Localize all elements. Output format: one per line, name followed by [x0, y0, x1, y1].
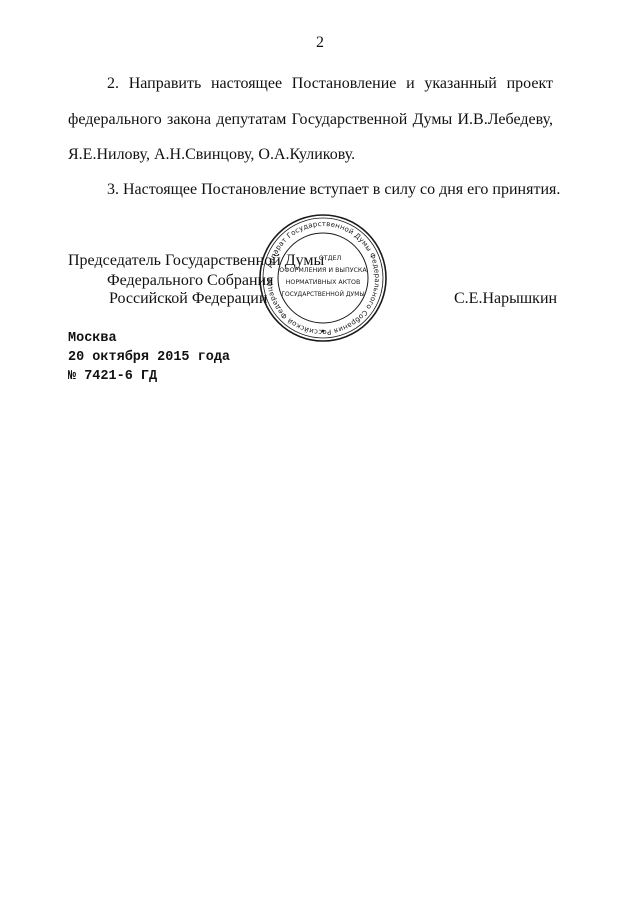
stamp-center-line-2: ОФОРМЛЕНИЯ И ВЫПУСКА	[279, 267, 367, 274]
document-number: № 7421-6 ГД	[68, 368, 157, 386]
signatory-name: С.Е.Нарышкин	[454, 289, 557, 309]
svg-text:Аппарат Государственной Думы Ф: Аппарат Государственной Думы Федеральног…	[265, 220, 381, 336]
document-city: Москва	[68, 330, 117, 348]
paragraph-2-line-3: Я.Е.Нилову, А.Н.Свинцову, О.А.Куликову.	[68, 145, 553, 165]
paragraph-3-line-1: 3. Настоящее Постановление вступает в си…	[107, 180, 553, 200]
stamp-center-line-3: НОРМАТИВНЫХ АКТОВ	[286, 279, 361, 286]
official-stamp: Аппарат Государственной Думы Федеральног…	[258, 213, 388, 343]
stamp-seal-icon: Аппарат Государственной Думы Федеральног…	[258, 213, 388, 343]
paragraph-2-line-2: федерального закона депутатам Государств…	[68, 110, 553, 130]
document-date: 20 октября 2015 года	[68, 349, 230, 367]
signature-title-line-2: Федерального Собрания	[107, 271, 273, 291]
stamp-ring-text: Аппарат Государственной Думы Федеральног…	[265, 220, 381, 336]
page-number: 2	[0, 34, 640, 52]
stamp-center-line-1: ОТДЕЛ	[319, 255, 342, 262]
signature-title-line-3: Российской Федерации	[109, 289, 267, 309]
paragraph-2-line-1: 2. Направить настоящее Постановление и у…	[107, 74, 553, 94]
stamp-center-line-4: ГОСУДАРСТВЕННОЙ ДУМЫ	[281, 291, 364, 298]
